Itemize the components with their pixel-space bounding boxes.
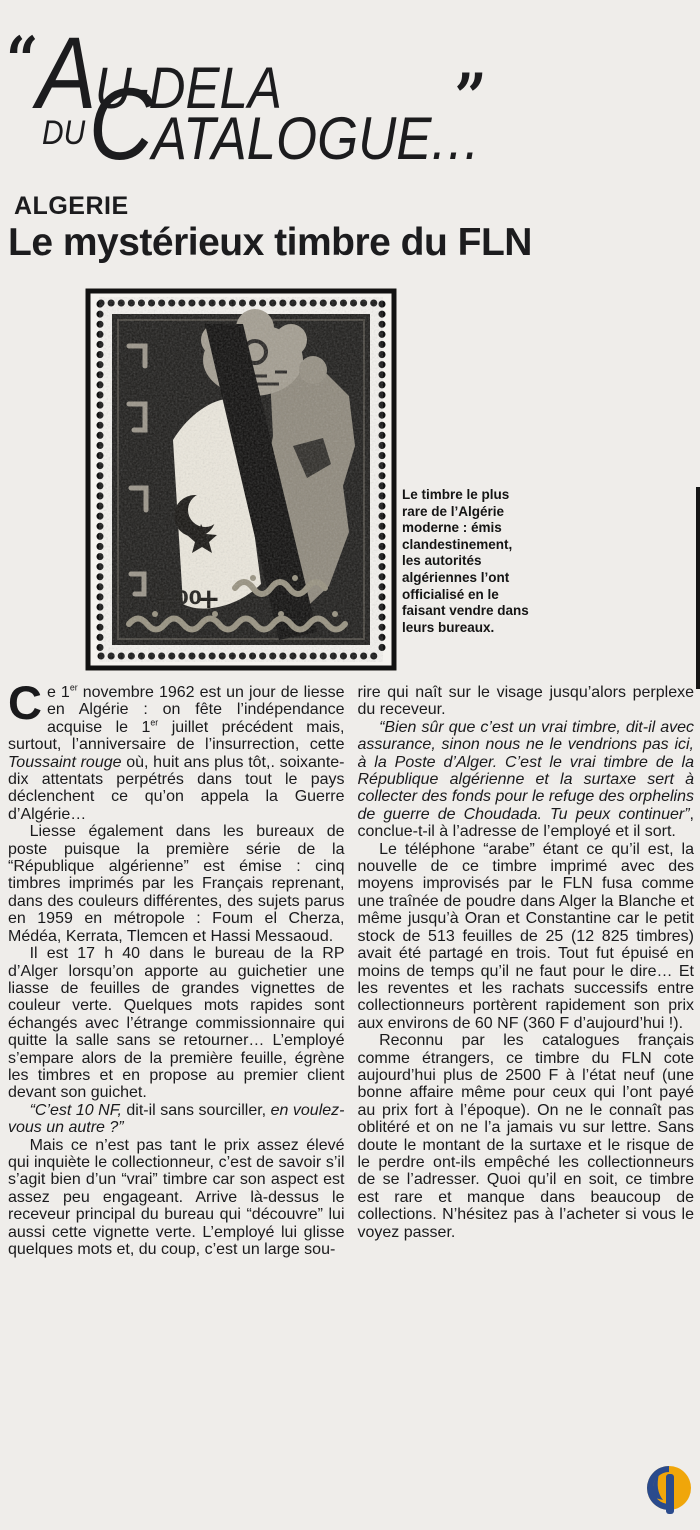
masthead-du: DU xyxy=(42,114,85,152)
page-title: Le mystérieux timbre du FLN xyxy=(8,221,698,265)
body-paragraph: rire qui naît sur le visage jusqu’alors … xyxy=(358,684,695,719)
masthead-line2-text: ATALOGUE xyxy=(152,105,432,172)
body-paragraph: Mais ce n’est pas tant le prix assez éle… xyxy=(8,1137,345,1259)
text-segment: rire qui naît sur le visage jusqu’alors … xyxy=(358,684,695,718)
open-quote-glyph: “ xyxy=(6,23,35,98)
article-page: “AU-DELA DUCATALOGUE...” ALGERIE Le myst… xyxy=(0,0,700,1530)
body-paragraph: Reconnu par les catalogues français comm… xyxy=(358,1032,695,1241)
stamp-image: 1,00 + xyxy=(85,288,397,671)
publisher-logo xyxy=(645,1464,695,1516)
text-segment: Le téléphone “arabe” étant ce qu’il est,… xyxy=(358,841,695,1032)
body-paragraph: Il est 17 h 40 dans le bureau de la RP d… xyxy=(8,945,345,1102)
body-paragraph: “Bien sûr que c’est un vrai timbre, dit-… xyxy=(358,719,695,841)
article-body: Ce 1er novembre 1962 est un jour de lies… xyxy=(8,684,694,1258)
body-paragraph: “C’est 10 NF, dit-il sans sourciller, en… xyxy=(8,1102,345,1137)
text-segment: “C’est 10 NF, xyxy=(30,1102,122,1119)
close-quote-glyph: ” xyxy=(454,60,483,135)
text-segment: dit-il sans sourciller, xyxy=(122,1102,271,1119)
text-segment: Reconnu par les catalogues français comm… xyxy=(358,1032,695,1240)
kicker: ALGERIE xyxy=(14,192,129,221)
masthead: “AU-DELA DUCATALOGUE...” xyxy=(0,0,700,185)
text-segment: Mais ce n’est pas tant le prix assez éle… xyxy=(8,1137,345,1258)
body-paragraph: Le téléphone “arabe” étant ce qu’il est,… xyxy=(358,841,695,1032)
text-segment: er xyxy=(70,683,78,693)
masthead-line2: DUCATALOGUE...” xyxy=(42,78,483,194)
text-segment: Liesse également dans les bureaux de pos… xyxy=(8,823,345,944)
page-edge-rule xyxy=(696,487,700,689)
body-column-right: rire qui naît sur le visage jusqu’alors … xyxy=(358,684,695,1258)
text-segment: Il est 17 h 40 dans le bureau de la RP d… xyxy=(8,945,345,1101)
stamp-figure: 1,00 + xyxy=(85,288,397,676)
figure-caption: Le timbre le plus rare de l’Algérie mode… xyxy=(402,487,532,636)
text-segment: e 1 xyxy=(47,684,70,701)
masthead-initial-c: C xyxy=(89,67,152,181)
text-segment: “Bien sûr que c’est un vrai timbre, dit-… xyxy=(358,719,695,823)
drop-cap: C xyxy=(8,684,47,719)
body-column-left: Ce 1er novembre 1962 est un jour de lies… xyxy=(8,684,345,1258)
body-paragraph: Liesse également dans les bureaux de pos… xyxy=(8,823,345,945)
text-segment: Toussaint rouge xyxy=(8,754,122,771)
body-paragraph: Ce 1er novembre 1962 est un jour de lies… xyxy=(8,684,345,823)
